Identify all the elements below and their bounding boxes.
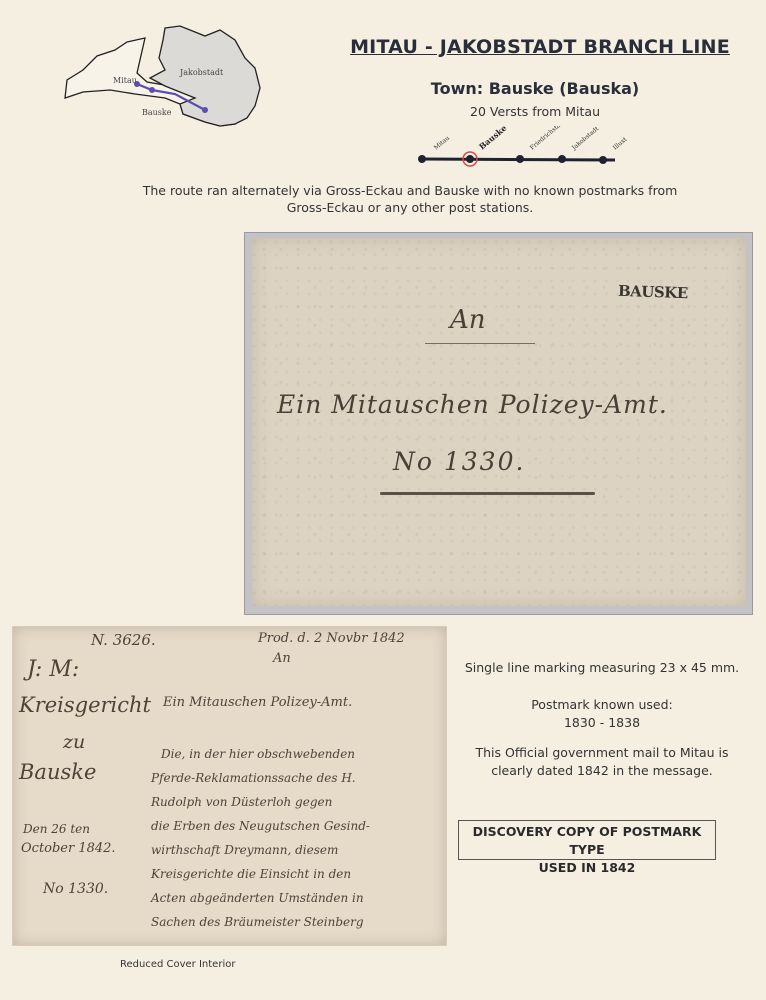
interior-number: No 1330. [43,881,108,897]
discovery-line-1: DISCOVERY COPY OF POSTMARK TYPE [459,823,715,859]
cover-number-underline [380,492,595,495]
discovery-box: DISCOVERY COPY OF POSTMARK TYPE USED IN … [458,820,716,860]
interior-body-4: die Erben des Neugutschen Gesind- [151,819,370,833]
page-title: MITAU - JAKOBSTADT BRANCH LINE [340,36,740,58]
known-used-note: Postmark known used: 1830 - 1838 [452,696,752,732]
station-jakobstadt: Jakobstadt [570,126,601,152]
map-label-mitau: Mitau [113,76,137,85]
map-label-bauske: Bauske [142,108,172,117]
discovery-line-2: USED IN 1842 [459,859,715,877]
interior-caption: Reduced Cover Interior [120,959,235,970]
cover-interior-image: N. 3626. Prod. d. 2 Novbr 1842 An J: M: … [12,626,447,946]
town-heading: Town: Bauske (Bauska) [370,79,700,98]
interior-body-6: Kreisgerichte die Einsicht in den [151,867,351,881]
interior-an: An [273,651,291,666]
station-mitau: Mitau [433,135,451,152]
official-note-line-2: clearly dated 1842 in the message. [452,762,752,780]
interior-body-1: Die, in der hier obschwebenden [161,747,355,761]
distance-subtitle: 20 Versts from Mitau [370,104,700,119]
interior-body-7: Acten abgeänderten Umständen in [151,891,364,905]
interior-body-8: Sachen des Bräumeister Steinberg [151,915,364,929]
route-note: The route ran alternately via Gross-Ecka… [140,182,680,216]
route-line-diagram: Mitau Bauske Friedrichstadt Jakobstadt I… [410,126,630,176]
interior-sender-1: J: M: [27,657,79,682]
cover-underline [425,343,535,344]
marking-note: Single line marking measuring 23 x 45 mm… [452,659,752,677]
cover-handwriting-address: Ein Mitauschen Polizey-Amt. [277,390,668,419]
bauske-postmark: BAUSKE [618,282,688,302]
interior-date-1: Den 26 ten [23,822,90,836]
known-used-label: Postmark known used: [452,696,752,714]
official-note-line-1: This Official government mail to Mitau i… [452,744,752,762]
latvia-map-icon: Mitau Jakobstadt Bauske [55,18,295,133]
interior-body-5: wirthschaft Dreymann, diesem [151,843,338,857]
interior-body-3: Rudolph von Düsterloh gegen [151,795,332,809]
map-label-jakobstadt: Jakobstadt [179,68,224,77]
route-map: Mitau Jakobstadt Bauske [55,18,295,133]
interior-ref: N. 3626. [91,631,156,649]
interior-sender-4: Bauske [19,760,96,784]
station-friedrichstadt: Friedrichstadt [529,126,567,152]
official-mail-note: This Official government mail to Mitau i… [452,744,752,780]
station-illuxt: Illuxt [612,136,629,152]
interior-body-2: Pferde-Reklamationssache des H. [151,771,356,785]
interior-sender-2: Kreisgericht [19,693,151,717]
route-line-icon: Mitau Bauske Friedrichstadt Jakobstadt I… [410,126,630,176]
interior-prod: Prod. d. 2 Novbr 1842 [258,631,405,646]
station-bauske: Bauske [477,126,509,152]
interior-date-2: October 1842. [21,841,116,856]
cover-handwriting-number: No 1330. [393,447,525,476]
interior-address: Ein Mitauschen Polizey-Amt. [163,695,352,710]
cover-handwriting-an: An [450,305,486,335]
interior-sender-3: zu [63,731,85,753]
known-used-range: 1830 - 1838 [452,714,752,732]
